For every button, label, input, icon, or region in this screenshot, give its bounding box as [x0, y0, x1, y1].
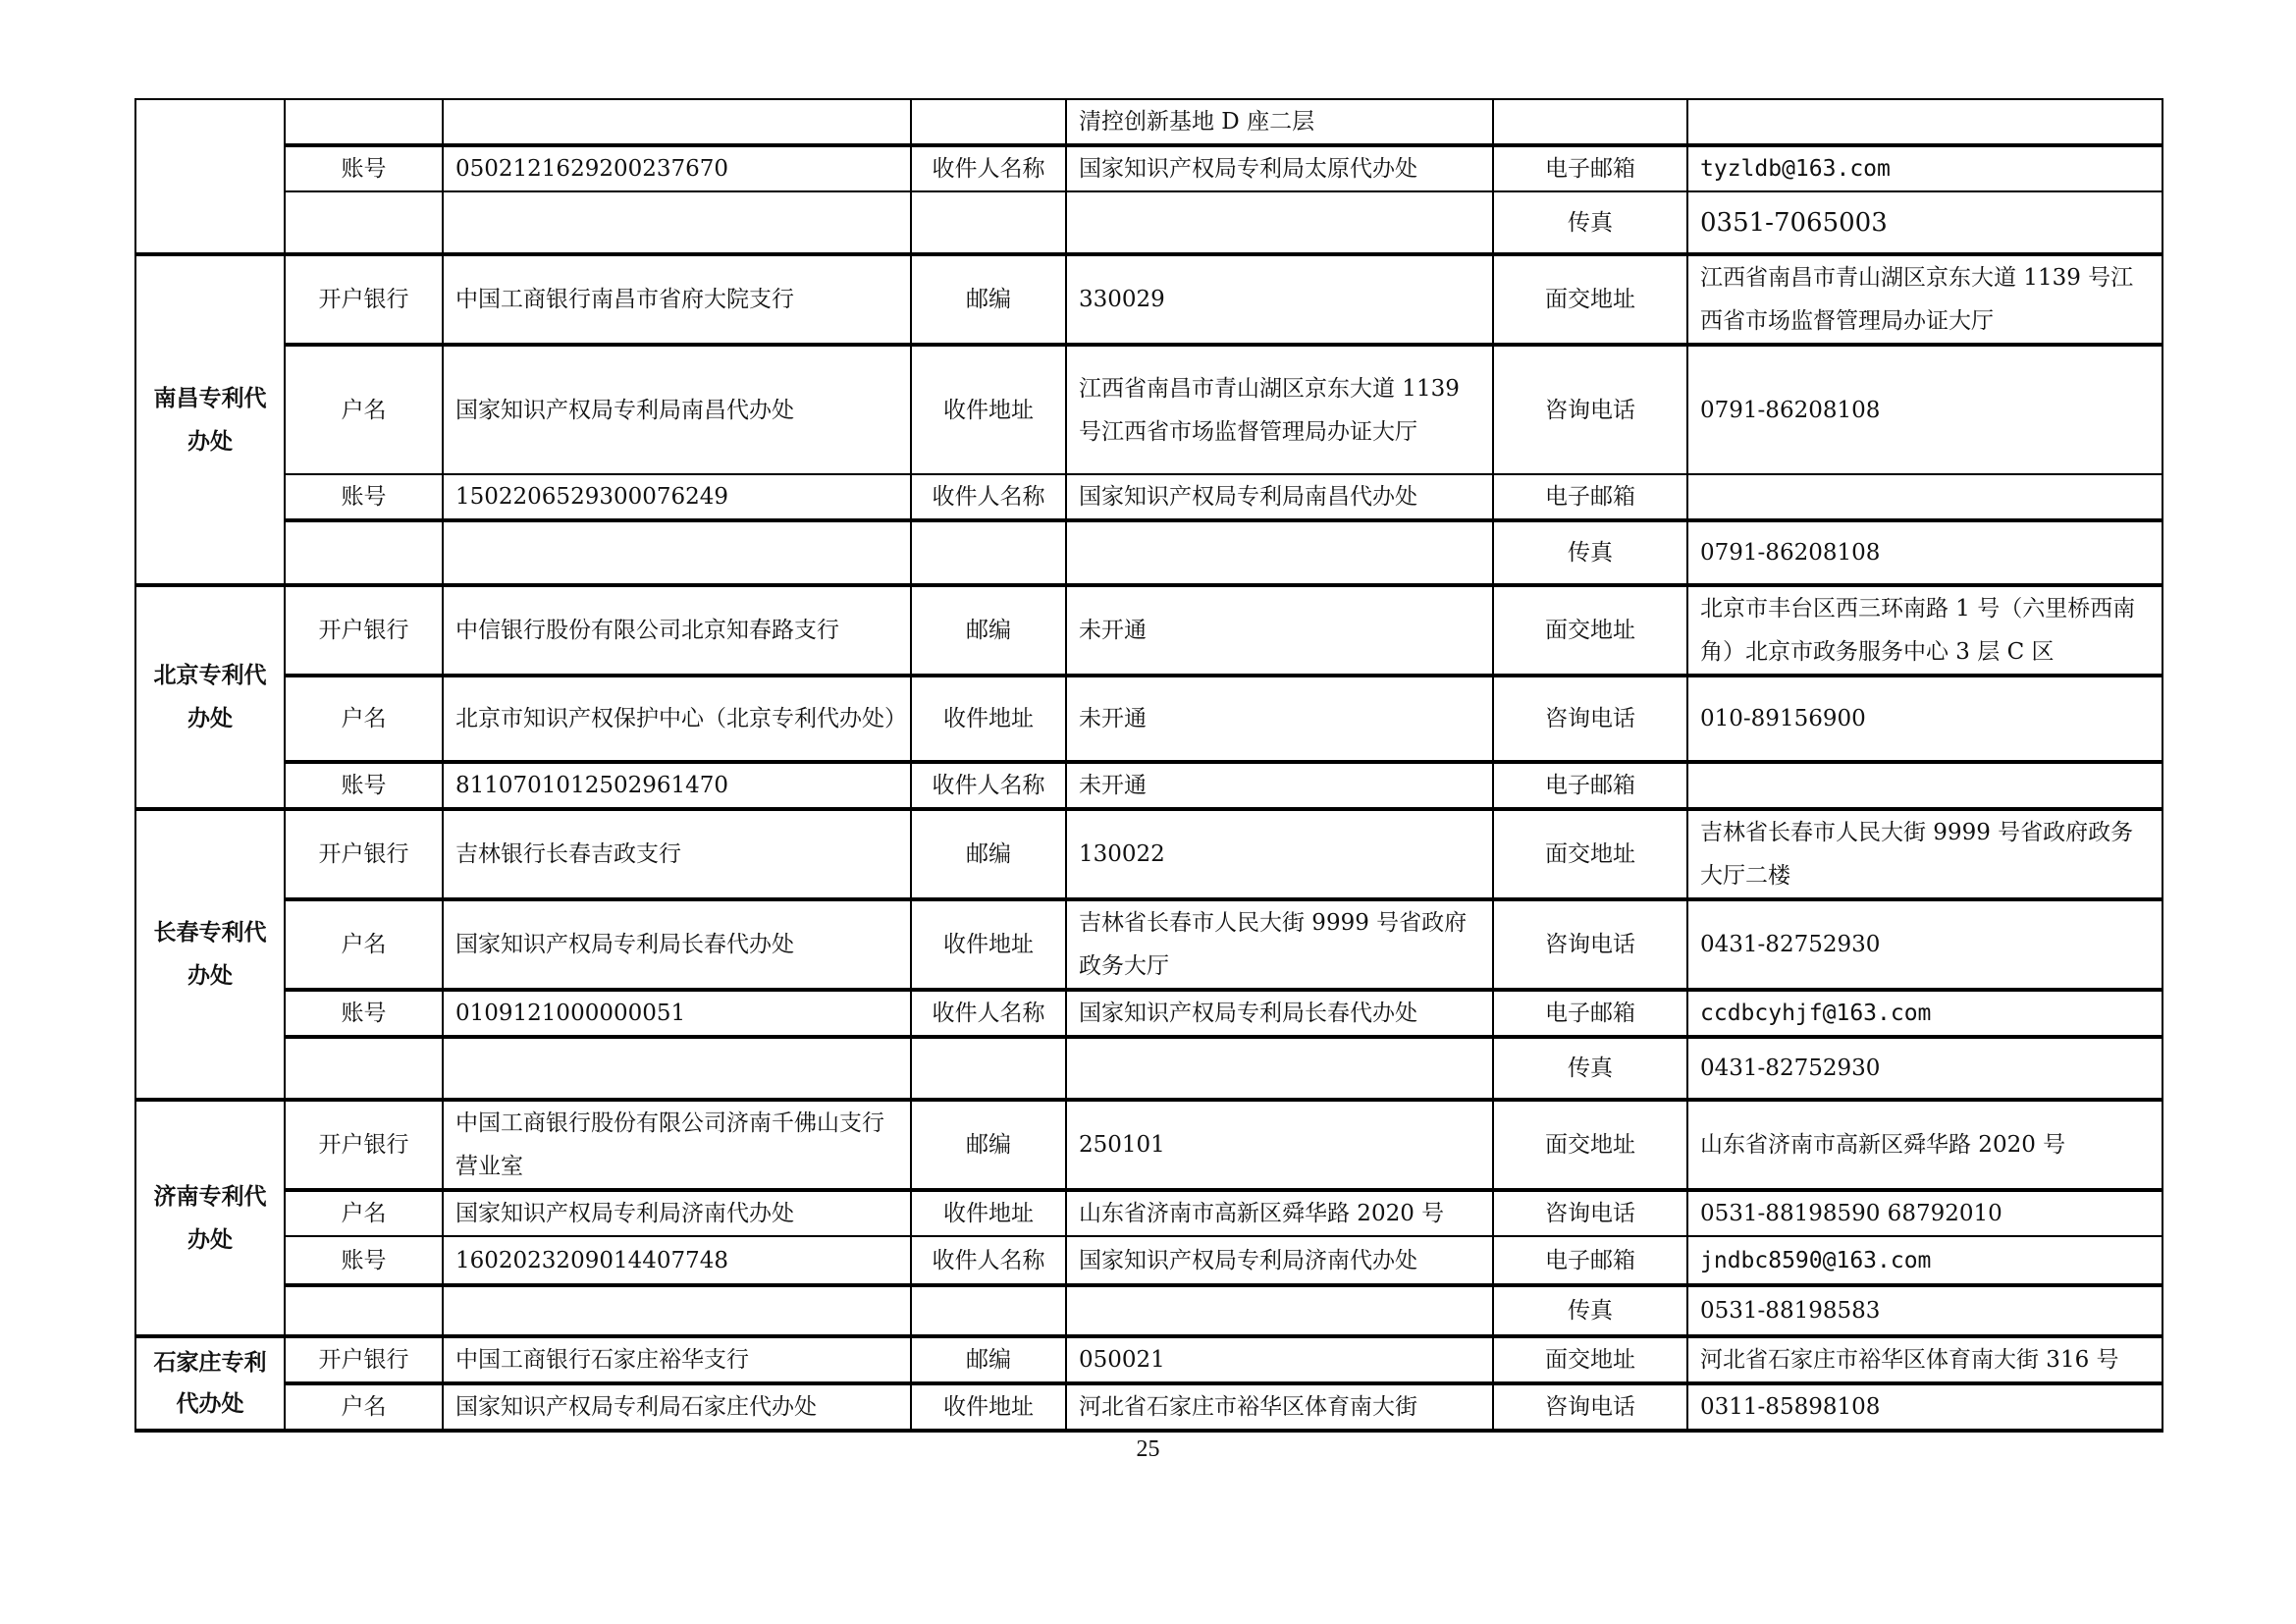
label-phone: 咨询电话 [1493, 345, 1687, 474]
recipient: 国家知识产权局专利局太原代办处 [1066, 145, 1493, 191]
page-number: 25 [0, 1436, 2296, 1463]
account-name: 国家知识产权局专利局南昌代办处 [443, 345, 911, 474]
label-in-person-address: 面交地址 [1493, 1100, 1687, 1190]
postcode: 050021 [1066, 1336, 1493, 1383]
label-bank: 开户银行 [285, 1336, 443, 1383]
label-phone: 咨询电话 [1493, 899, 1687, 990]
in-person-address: 江西省南昌市青山湖区京东大道 1139 号江西省市场监督管理局办证大厅 [1687, 254, 2163, 345]
label-mail-address: 收件地址 [911, 676, 1066, 762]
table-row: 户名 国家知识产权局专利局南昌代办处 收件地址 江西省南昌市青山湖区京东大道 1… [135, 345, 2163, 474]
office-name-nanchang: 南昌专利代办处 [135, 254, 285, 585]
table-row: 济南专利代办处 开户银行 中国工商银行股份有限公司济南千佛山支行营业室 邮编 2… [135, 1100, 2163, 1190]
office-name-beijing: 北京专利代办处 [135, 585, 285, 809]
label-fax: 传真 [1493, 520, 1687, 585]
label-mail-address: 收件地址 [911, 1383, 1066, 1431]
recipient: 未开通 [1066, 762, 1493, 809]
table-row: 传真 0791-86208108 [135, 520, 2163, 585]
label-account-name: 户名 [285, 1383, 443, 1431]
label-bank: 开户银行 [285, 809, 443, 899]
label-postcode: 邮编 [911, 1336, 1066, 1383]
table-row: 传真 0351-7065003 [135, 191, 2163, 254]
phone: 0791-86208108 [1687, 345, 2163, 474]
table-row: 清控创新基地 D 座二层 [135, 99, 2163, 145]
mail-address: 河北省石家庄市裕华区体育南大街 [1066, 1383, 1493, 1431]
label-mail-address: 收件地址 [911, 345, 1066, 474]
in-person-address: 北京市丰台区西三环南路 1 号（六里桥西南角）北京市政务服务中心 3 层 C 区 [1687, 585, 2163, 676]
table-row: 户名 国家知识产权局专利局济南代办处 收件地址 山东省济南市高新区舜华路 202… [135, 1190, 2163, 1236]
label-bank: 开户银行 [285, 585, 443, 676]
email: tyzldb@163.com [1687, 145, 2163, 191]
account-name: 国家知识产权局专利局石家庄代办处 [443, 1383, 911, 1431]
table-row: 长春专利代办处 开户银行 吉林银行长春吉政支行 邮编 130022 面交地址 吉… [135, 809, 2163, 899]
table-row: 北京专利代办处 开户银行 中信银行股份有限公司北京知春路支行 邮编 未开通 面交… [135, 585, 2163, 676]
label-fax: 传真 [1493, 1285, 1687, 1336]
table-row: 南昌专利代办处 开户银行 中国工商银行南昌市省府大院支行 邮编 330029 面… [135, 254, 2163, 345]
bank: 中国工商银行南昌市省府大院支行 [443, 254, 911, 345]
table-row: 户名 国家知识产权局专利局长春代办处 收件地址 吉林省长春市人民大街 9999 … [135, 899, 2163, 990]
postcode: 未开通 [1066, 585, 1493, 676]
label-account-name: 户名 [285, 1190, 443, 1236]
postcode: 330029 [1066, 254, 1493, 345]
account-name: 国家知识产权局专利局济南代办处 [443, 1190, 911, 1236]
label-account-name: 户名 [285, 899, 443, 990]
label-recipient: 收件人名称 [911, 474, 1066, 520]
label-in-person-address: 面交地址 [1493, 585, 1687, 676]
label-account-name: 户名 [285, 676, 443, 762]
patent-agency-table: 清控创新基地 D 座二层 账号 0502121629200237670 收件人名… [134, 98, 2163, 1433]
label-phone: 咨询电话 [1493, 1383, 1687, 1431]
account-no: 1502206529300076249 [443, 474, 911, 520]
phone: 0431-82752930 [1687, 899, 2163, 990]
mail-address: 未开通 [1066, 676, 1493, 762]
fax: 0431-82752930 [1687, 1037, 2163, 1100]
in-person-address: 吉林省长春市人民大街 9999 号省政府政务大厅二楼 [1687, 809, 2163, 899]
email: ccdbcyhjf@163.com [1687, 990, 2163, 1037]
postcode: 130022 [1066, 809, 1493, 899]
label-recipient: 收件人名称 [911, 990, 1066, 1037]
table-row: 账号 8110701012502961470 收件人名称 未开通 电子邮箱 [135, 762, 2163, 809]
table-row: 账号 0109121000000051 收件人名称 国家知识产权局专利局长春代办… [135, 990, 2163, 1037]
label-account-no: 账号 [285, 1236, 443, 1285]
label-email: 电子邮箱 [1493, 474, 1687, 520]
label-in-person-address: 面交地址 [1493, 809, 1687, 899]
account-no: 1602023209014407748 [443, 1236, 911, 1285]
label-phone: 咨询电话 [1493, 676, 1687, 762]
phone: 0311-85898108 [1687, 1383, 2163, 1431]
recipient: 国家知识产权局专利局长春代办处 [1066, 990, 1493, 1037]
label-bank: 开户银行 [285, 1100, 443, 1190]
label-account-no: 账号 [285, 145, 443, 191]
office-cell-continued [135, 99, 285, 254]
label-email: 电子邮箱 [1493, 1236, 1687, 1285]
address-tail: 清控创新基地 D 座二层 [1066, 99, 1493, 145]
label-in-person-address: 面交地址 [1493, 1336, 1687, 1383]
postcode: 250101 [1066, 1100, 1493, 1190]
label-postcode: 邮编 [911, 585, 1066, 676]
label-email: 电子邮箱 [1493, 990, 1687, 1037]
email [1687, 474, 2163, 520]
table-row: 传真 0531-88198583 [135, 1285, 2163, 1336]
account-no: 0502121629200237670 [443, 145, 911, 191]
label-phone: 咨询电话 [1493, 1190, 1687, 1236]
office-name-shijiazhuang: 石家庄专利代办处 [135, 1336, 285, 1431]
phone: 0531-88198590 68792010 [1687, 1190, 2163, 1236]
label-account-no: 账号 [285, 762, 443, 809]
phone: 010-89156900 [1687, 676, 2163, 762]
bank: 中国工商银行股份有限公司济南千佛山支行营业室 [443, 1100, 911, 1190]
label-mail-address: 收件地址 [911, 1190, 1066, 1236]
label-fax: 传真 [1493, 191, 1687, 254]
bank: 吉林银行长春吉政支行 [443, 809, 911, 899]
account-name: 北京市知识产权保护中心（北京专利代办处） [443, 676, 911, 762]
mail-address: 江西省南昌市青山湖区京东大道 1139 号江西省市场监督管理局办证大厅 [1066, 345, 1493, 474]
account-name: 国家知识产权局专利局长春代办处 [443, 899, 911, 990]
label-bank: 开户银行 [285, 254, 443, 345]
office-name-jinan: 济南专利代办处 [135, 1100, 285, 1336]
mail-address: 吉林省长春市人民大街 9999 号省政府政务大厅 [1066, 899, 1493, 990]
table-row: 传真 0431-82752930 [135, 1037, 2163, 1100]
bank: 中信银行股份有限公司北京知春路支行 [443, 585, 911, 676]
label-recipient: 收件人名称 [911, 145, 1066, 191]
table-row: 账号 1502206529300076249 收件人名称 国家知识产权局专利局南… [135, 474, 2163, 520]
label-email: 电子邮箱 [1493, 762, 1687, 809]
bank: 中国工商银行石家庄裕华支行 [443, 1336, 911, 1383]
in-person-address: 河北省石家庄市裕华区体育南大街 316 号 [1687, 1336, 2163, 1383]
label-recipient: 收件人名称 [911, 1236, 1066, 1285]
table-row: 账号 0502121629200237670 收件人名称 国家知识产权局专利局太… [135, 145, 2163, 191]
email [1687, 762, 2163, 809]
account-no: 8110701012502961470 [443, 762, 911, 809]
fax: 0791-86208108 [1687, 520, 2163, 585]
in-person-address: 山东省济南市高新区舜华路 2020 号 [1687, 1100, 2163, 1190]
table-row: 户名 国家知识产权局专利局石家庄代办处 收件地址 河北省石家庄市裕华区体育南大街… [135, 1383, 2163, 1431]
fax: 0531-88198583 [1687, 1285, 2163, 1336]
fax: 0351-7065003 [1687, 191, 2163, 254]
label-fax: 传真 [1493, 1037, 1687, 1100]
table-row: 账号 1602023209014407748 收件人名称 国家知识产权局专利局济… [135, 1236, 2163, 1285]
label-postcode: 邮编 [911, 254, 1066, 345]
label-email: 电子邮箱 [1493, 145, 1687, 191]
email: jndbc8590@163.com [1687, 1236, 2163, 1285]
label-mail-address: 收件地址 [911, 899, 1066, 990]
table-row: 石家庄专利代办处 开户银行 中国工商银行石家庄裕华支行 邮编 050021 面交… [135, 1336, 2163, 1383]
label-in-person-address: 面交地址 [1493, 254, 1687, 345]
label-postcode: 邮编 [911, 1100, 1066, 1190]
recipient: 国家知识产权局专利局南昌代办处 [1066, 474, 1493, 520]
recipient: 国家知识产权局专利局济南代办处 [1066, 1236, 1493, 1285]
table-row: 户名 北京市知识产权保护中心（北京专利代办处） 收件地址 未开通 咨询电话 01… [135, 676, 2163, 762]
office-name-changchun: 长春专利代办处 [135, 809, 285, 1100]
label-account-no: 账号 [285, 474, 443, 520]
label-recipient: 收件人名称 [911, 762, 1066, 809]
label-postcode: 邮编 [911, 809, 1066, 899]
document-page: 清控创新基地 D 座二层 账号 0502121629200237670 收件人名… [0, 0, 2296, 1624]
mail-address: 山东省济南市高新区舜华路 2020 号 [1066, 1190, 1493, 1236]
account-no: 0109121000000051 [443, 990, 911, 1037]
label-account-no: 账号 [285, 990, 443, 1037]
label-account-name: 户名 [285, 345, 443, 474]
